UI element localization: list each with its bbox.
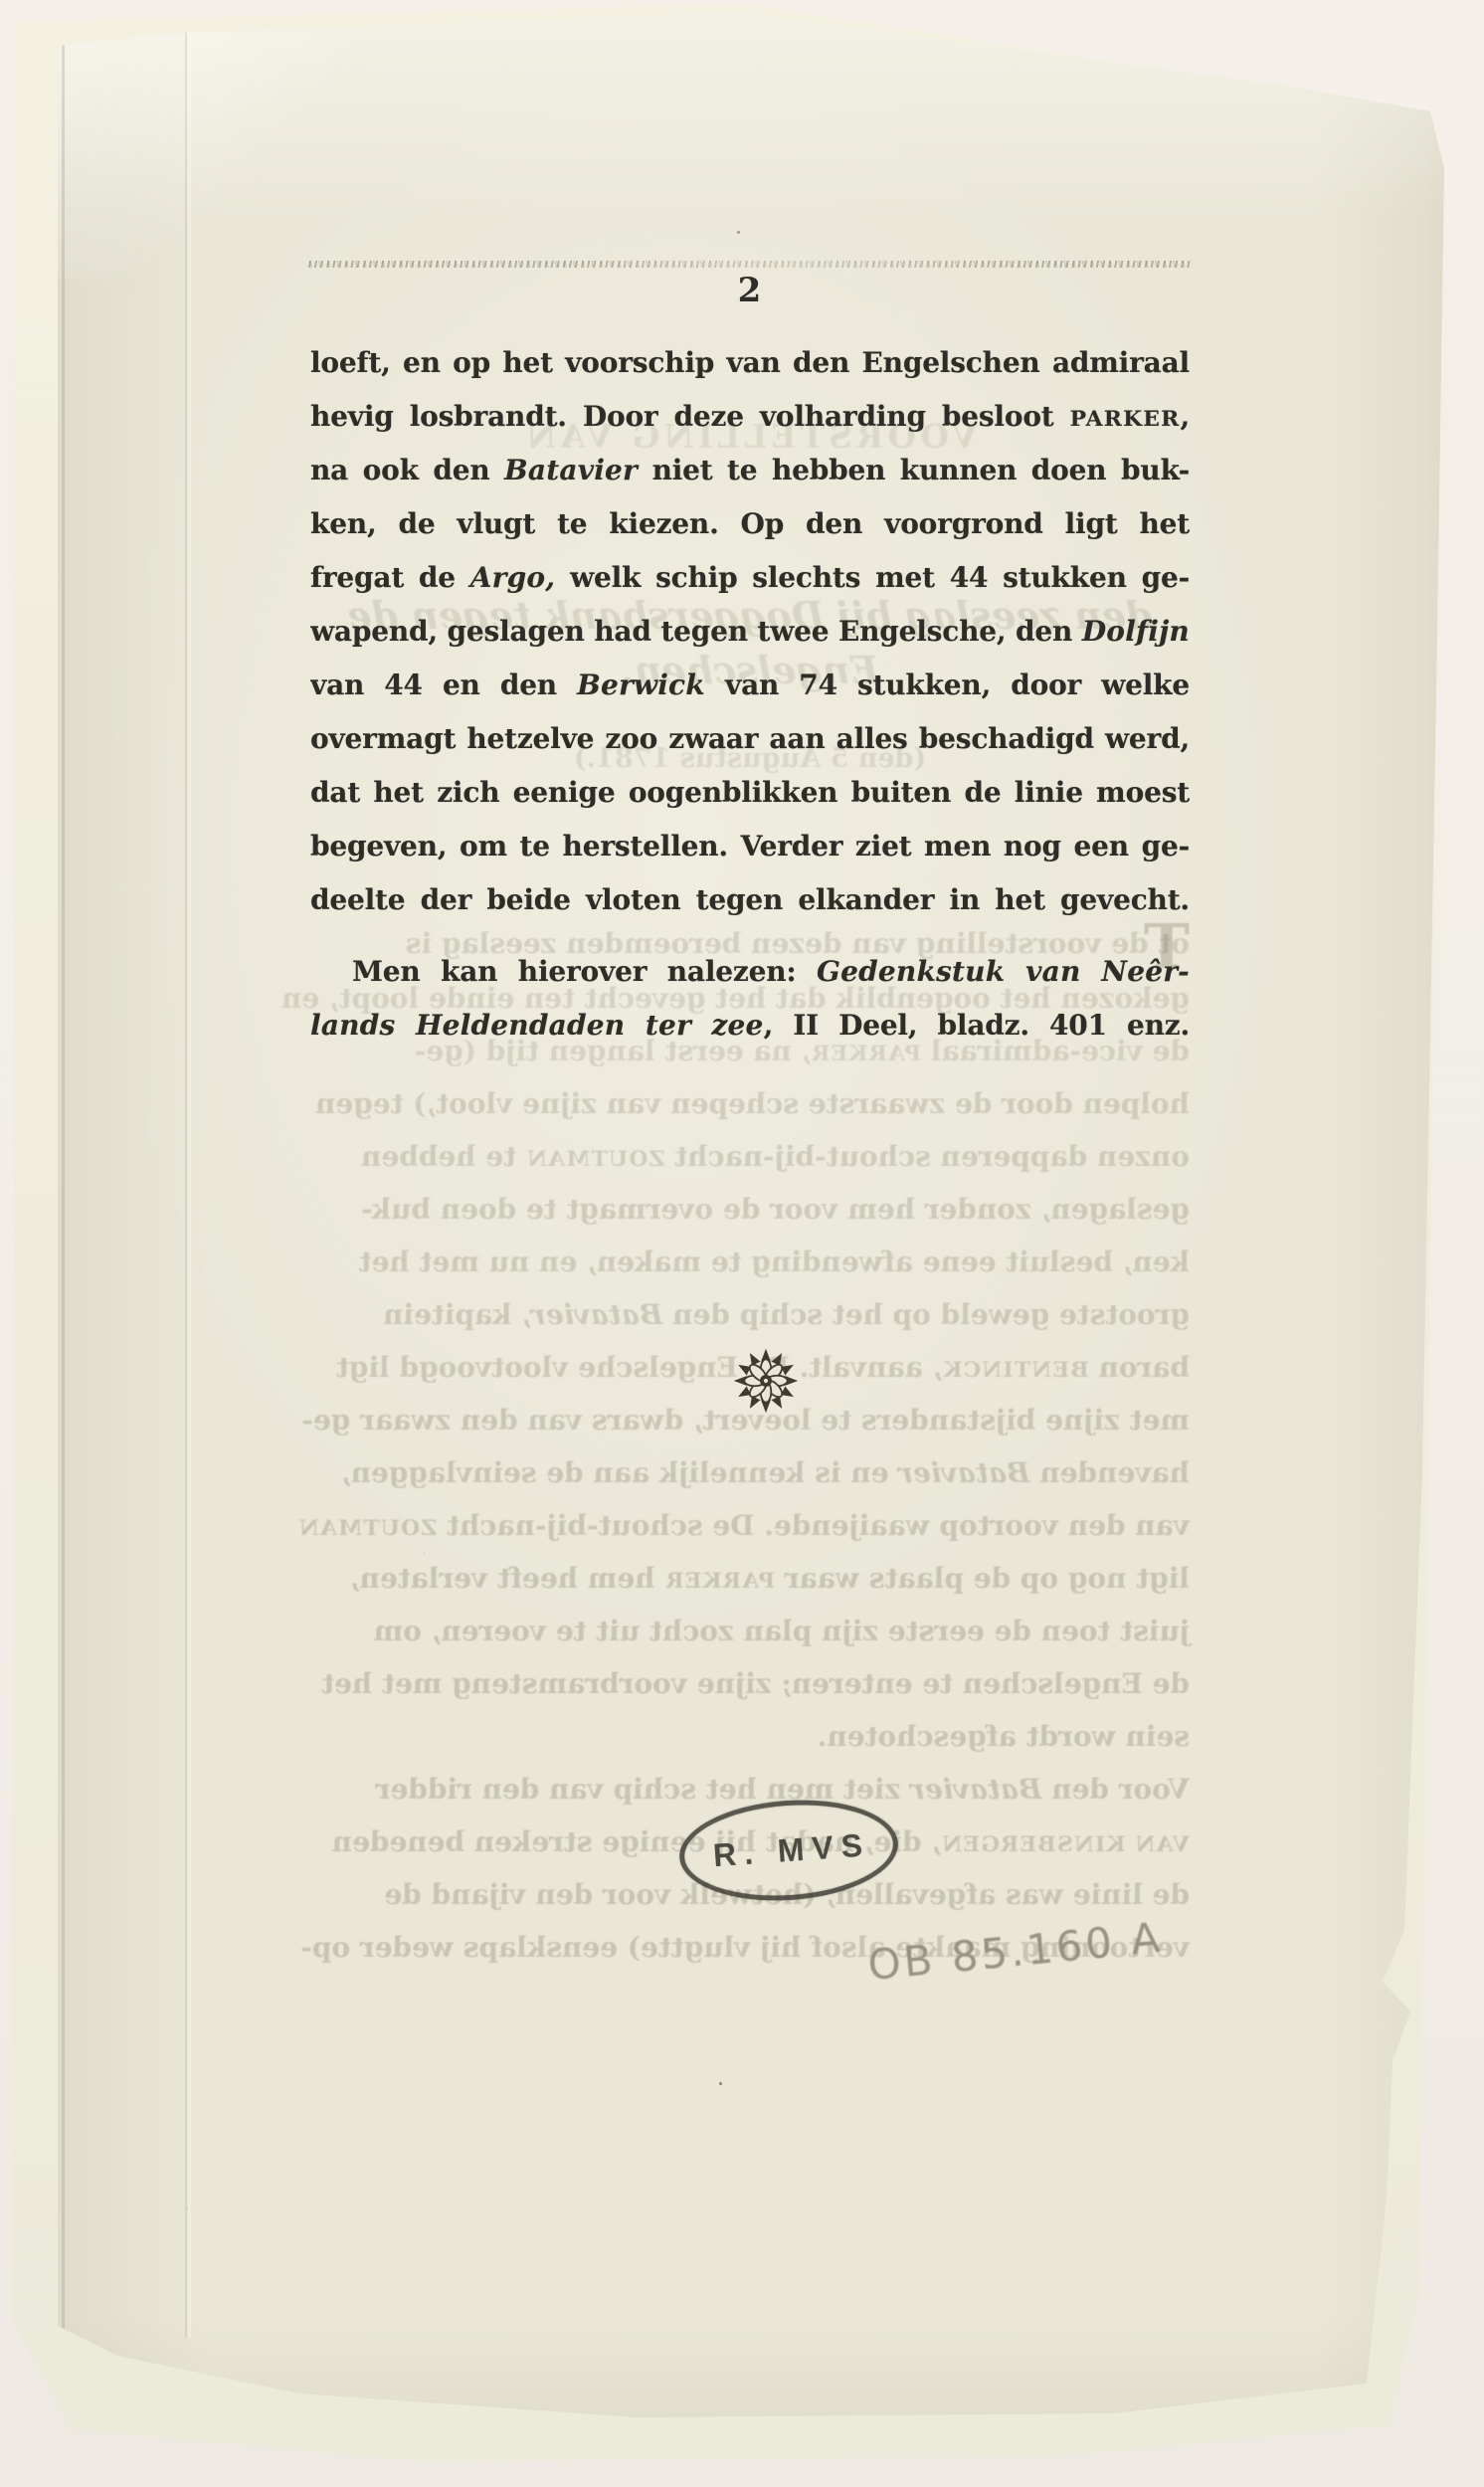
body-text-line: wapend, geslagen had tegen twee Engelsch… xyxy=(310,605,1190,659)
body-text-line: van 44 en den Berwick van 74 stukken, do… xyxy=(310,659,1190,712)
paragraph: Men kan hierover nalezen: Gedenkstuk van… xyxy=(310,945,1190,1052)
book-page: 2 VOORSTELLING VANden zeeslag bij Dogger… xyxy=(0,0,1484,2487)
body-text-line: na ook den Batavier niet te hebben kunne… xyxy=(310,444,1190,497)
body-text-line: Men kan hierover nalezen: Gedenkstuk van… xyxy=(310,945,1190,999)
body-text-line: loeft, en op het voorschip van den Engel… xyxy=(310,336,1190,390)
paper-specks xyxy=(0,0,3,3)
paragraph: loeft, en op het voorschip van den Engel… xyxy=(310,336,1190,927)
body-text-line: dat het zich eenige oogenblikken buiten … xyxy=(310,766,1190,820)
body-text-line: ken, de vlugt te kiezen. Op den voorgron… xyxy=(310,497,1190,551)
body-text-line: deelte der beide vloten tegen elkander i… xyxy=(310,873,1190,927)
rosette-ornament-icon xyxy=(731,1346,801,1416)
body-text-line: fregat de Argo, welk schip slechts met 4… xyxy=(310,551,1190,605)
scanned-document: 2 VOORSTELLING VANden zeeslag bij Dogger… xyxy=(0,0,1484,2487)
body-text-line: overmagt hetzelve zoo zwaar aan alles be… xyxy=(310,712,1190,766)
stamp-text: R. MVS xyxy=(706,1826,871,1874)
body-text-line: lands Heldendaden ter zee, II Deel, blad… xyxy=(310,999,1190,1052)
body-text-line: hevig losbrandt. Door deze volharding be… xyxy=(310,390,1190,444)
text-block: loeft, en op het voorschip van den Engel… xyxy=(0,0,1484,2487)
body-text-line: begeven, om te herstellen. Verder ziet m… xyxy=(310,820,1190,873)
